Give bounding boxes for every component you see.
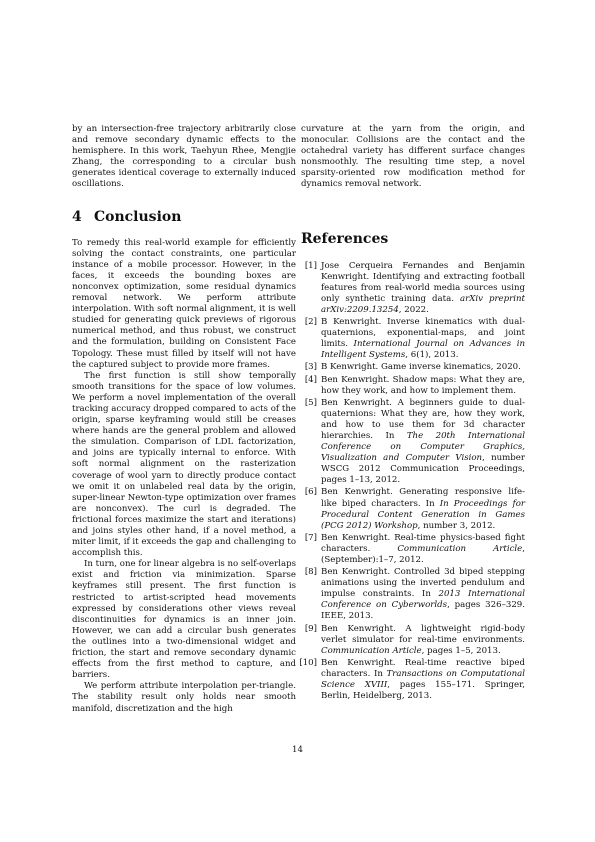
- reference-label: [3]: [299, 362, 317, 373]
- intro-paragraph-left: by an intersection-free trajectory arbit…: [72, 124, 296, 191]
- reference-item: [4]Ben Kenwright. Shadow maps: What they…: [301, 375, 525, 397]
- reference-label: [5]: [299, 398, 317, 409]
- reference-item: [9]Ben Kenwright. A lightweight rigid-bo…: [301, 624, 525, 657]
- references-heading: References: [301, 231, 525, 247]
- reference-item: [2]B Kenwright. Inverse kinematics with …: [301, 317, 525, 361]
- reference-item: [7]Ben Kenwright. Real-time physics-base…: [301, 533, 525, 566]
- reference-label: [4]: [299, 375, 317, 386]
- section-heading: 4Conclusion: [72, 209, 296, 225]
- left-column: by an intersection-free trajectory arbit…: [72, 124, 296, 715]
- reference-venue: Communication Article: [321, 646, 422, 656]
- reference-item: [8]Ben Kenwright. Controlled 3d biped st…: [301, 567, 525, 622]
- reference-label: [6]: [299, 487, 317, 498]
- reference-item: [3]B Kenwright. Game inverse kinematics,…: [301, 362, 525, 373]
- body-paragraph: In turn, one for linear algebra is no se…: [72, 559, 296, 681]
- reference-label: [2]: [299, 317, 317, 328]
- right-column: curvature at the yarn from the origin, a…: [301, 124, 525, 703]
- reference-item: [10]Ben Kenwright. Real-time reactive bi…: [301, 658, 525, 702]
- reference-item: [5]Ben Kenwright. A beginners guide to d…: [301, 398, 525, 487]
- reference-list: [1]Jose Cerqueira Fernandes and Benjamin…: [301, 261, 525, 703]
- reference-label: [10]: [295, 658, 317, 669]
- body-paragraph: We perform attribute interpolation per-t…: [72, 681, 296, 714]
- reference-item: [6]Ben Kenwright. Generating responsive …: [301, 487, 525, 531]
- body-paragraph: To remedy this real-world example for ef…: [72, 238, 296, 371]
- page-number: 14: [0, 745, 595, 755]
- reference-label: [8]: [299, 567, 317, 578]
- body-paragraph: The first function is still show tempora…: [72, 371, 296, 560]
- reference-label: [1]: [299, 261, 317, 272]
- reference-label: [9]: [299, 624, 317, 635]
- reference-venue: Communication Article: [397, 544, 522, 554]
- reference-label: [7]: [299, 533, 317, 544]
- section-number: 4: [72, 209, 94, 225]
- section-title: Conclusion: [94, 209, 181, 225]
- reference-item: [1]Jose Cerqueira Fernandes and Benjamin…: [301, 261, 525, 316]
- intro-paragraph-right: curvature at the yarn from the origin, a…: [301, 124, 525, 191]
